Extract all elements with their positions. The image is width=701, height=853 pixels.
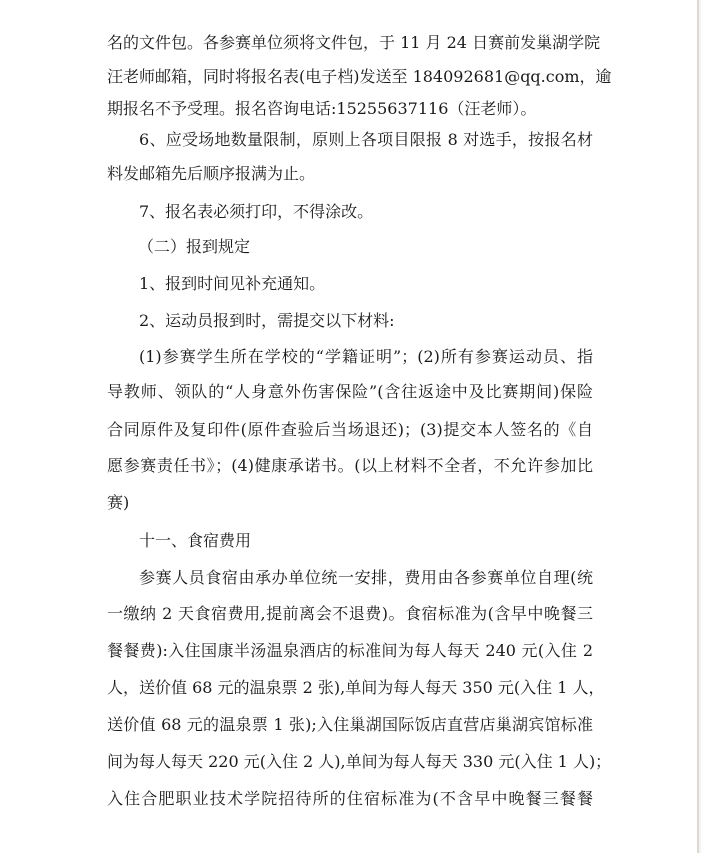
text-line: 6、应受场地数量限制，原则上各项目限报 8 对选手，按报名材 (139, 128, 593, 152)
section-heading: （二）报到规定 (138, 235, 593, 259)
text-line: 餐餐费):入住国康半汤温泉酒店的标准间为每人每天 240 元(入住 2 (107, 639, 593, 663)
text-line: 人，送价值 68 元的温泉票 2 张),单间为每人每天 350 元(入住 1 人… (107, 676, 593, 700)
text-line: 汪老师邮箱，同时将报名表(电子档)发送至 184092681@qq.com，逾 (107, 65, 593, 89)
text-line: 间为每人每天 220 元(入住 2 人),单间为每人每天 330 元(入住 1 … (107, 750, 593, 774)
text-line: 送价值 68 元的温泉票 1 张);入住巢湖国际饭店直营店巢湖宾馆标准 (107, 713, 593, 737)
text-line: 1、报到时间见补充通知。 (139, 272, 593, 296)
text-line: 赛) (107, 491, 593, 515)
text-line: 入住合肥职业技术学院招待所的住宿标准为(不含早中晚餐三餐餐 (107, 787, 593, 811)
text-line: 合同原件及复印件(原件查验后当场退还)；(3)提交本人签名的《自 (107, 418, 593, 442)
section-heading: 十一、食宿费用 (139, 529, 593, 553)
text-line: 一缴纳 2 天食宿费用,提前离会不退费)。食宿标准为(含早中晚餐三 (107, 602, 593, 626)
text-line: 导教师、领队的“人身意外伤害保险”(含往返途中及比赛期间)保险 (107, 380, 593, 404)
text-line: 参赛人员食宿由承办单位统一安排，费用由各参赛单位自理(统 (139, 566, 593, 590)
text-line: 2、运动员报到时，需提交以下材料: (139, 309, 593, 333)
text-line: 料发邮箱先后顺序报满为止。 (107, 162, 593, 186)
text-line: (1)参赛学生所在学校的“学籍证明”；(2)所有参赛运动员、指 (139, 345, 593, 369)
text-line: 7、报名表必须打印，不得涂改。 (139, 200, 593, 224)
text-line: 愿参赛责任书》；(4)健康承诺书。(以上材料不全者，不允许参加比 (107, 454, 593, 478)
text-line: 名的文件包。各参赛单位须将文件包，于 11 月 24 日赛前发巢湖学院 (107, 31, 593, 55)
text-line: 期报名不予受理。报名咨询电话:15255637116（汪老师）。 (107, 97, 593, 121)
document-page: 名的文件包。各参赛单位须将文件包，于 11 月 24 日赛前发巢湖学院 汪老师邮… (0, 0, 697, 853)
